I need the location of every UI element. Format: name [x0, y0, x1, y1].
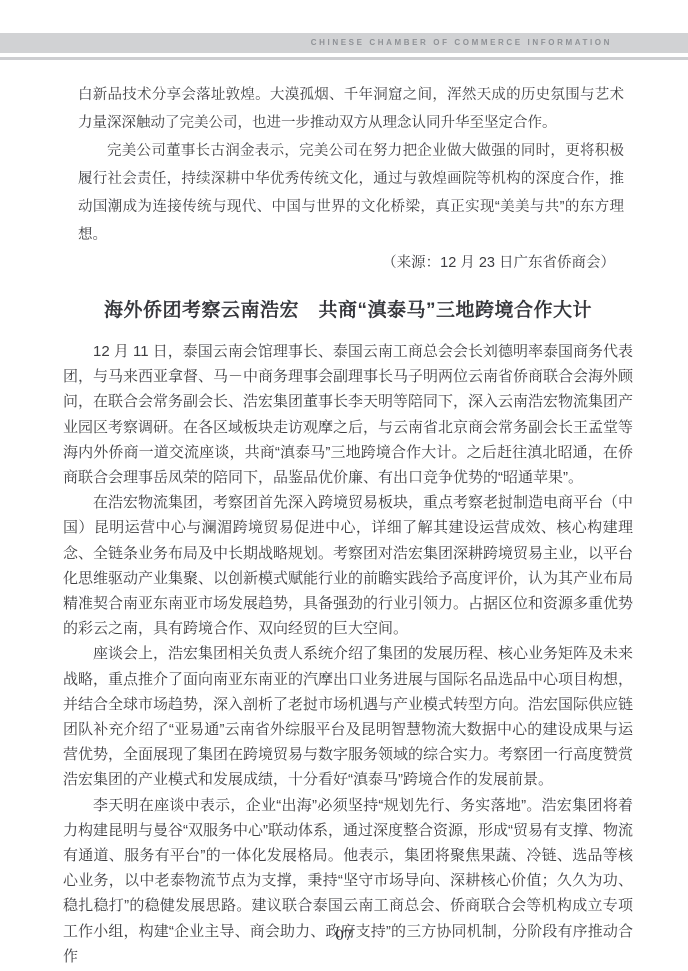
page-number: 07 [335, 928, 353, 944]
page-content: 白新品技术分享会落址敦煌。大漠孤烟、千年洞窟之间，浑然天成的历史氛围与艺术力量深… [63, 81, 633, 969]
header-rule-divider [0, 57, 688, 60]
article-title: 海外侨团考察云南浩宏 共商“滇泰马”三地跨境合作大计 [63, 298, 633, 324]
header-title: CHINESE CHAMBER OF COMMERCE INFORMATION [0, 33, 688, 53]
magazine-page: CHINESE CHAMBER OF COMMERCE INFORMATION … [0, 0, 688, 971]
intro-paragraph: 完美公司董事长古润金表示，完美公司在努力把企业做大做强的同时，更将积极履行社会责… [78, 137, 624, 249]
article-paragraph: 在浩宏物流集团，考察团首先深入跨境贸易板块，重点考察老挝制造电商平台（中国）昆明… [63, 490, 633, 641]
article-body: 12 月 11 日，泰国云南会馆理事长、泰国云南工商总会会长刘德明率泰国商务代表… [63, 339, 633, 969]
source-attribution: （来源：12 月 23 日广东省侨商会） [78, 249, 624, 277]
header-bar: CHINESE CHAMBER OF COMMERCE INFORMATION [0, 33, 688, 53]
article-paragraph: 12 月 11 日，泰国云南会馆理事长、泰国云南工商总会会长刘德明率泰国商务代表… [63, 339, 633, 490]
article-paragraph: 座谈会上，浩宏集团相关负责人系统介绍了集团的发展历程、核心业务矩阵及未来战略，重… [63, 641, 633, 792]
intro-section: 白新品技术分享会落址敦煌。大漠孤烟、千年洞窟之间，浑然天成的历史氛围与艺术力量深… [63, 81, 633, 277]
page-footer: 07 [0, 928, 688, 944]
intro-paragraph-continuation: 白新品技术分享会落址敦煌。大漠孤烟、千年洞窟之间，浑然天成的历史氛围与艺术力量深… [78, 81, 624, 137]
